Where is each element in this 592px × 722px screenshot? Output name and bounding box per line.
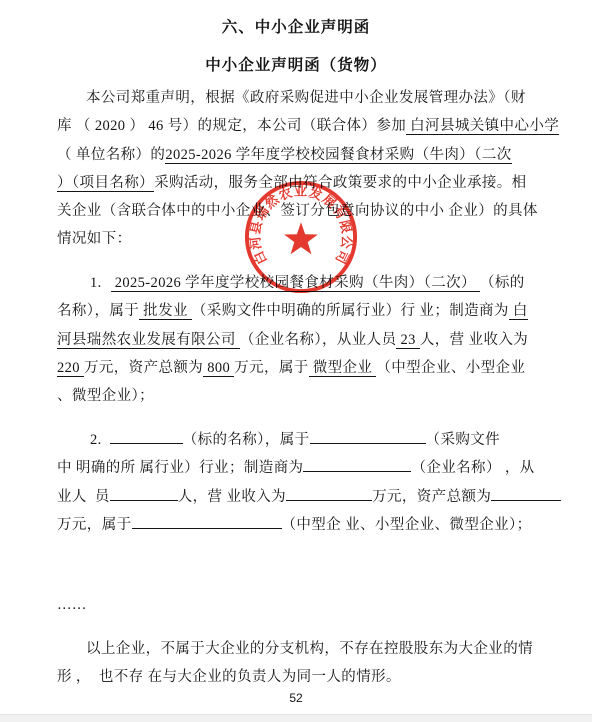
doc-text: 形 ， 也不存 在与大企业的负责人为同一人的情形。 — [57, 669, 401, 685]
blank-underline-field — [132, 513, 282, 529]
underlined-value: 2025-2026 学年度学校校园餐食材采购（牛肉）（二次 — [165, 147, 511, 164]
doc-text: 中 明确的所 属行业）行业；制造商为 — [57, 460, 303, 476]
doc-line: …… — [57, 591, 537, 619]
document-page: 六、中小企业声明函 中小企业声明函（货物） 本公司郑重声明，根据《政府采购促进中… — [0, 0, 592, 722]
indent-spacer — [57, 652, 86, 653]
doc-text: 本公司郑重声明，根据《政府采购促进中小企业发展管理办法》（财 — [86, 90, 526, 106]
blank-underline-field — [286, 484, 372, 500]
doc-line: 2.（标的名称），属于（采购文件 — [57, 426, 537, 454]
indent-spacer — [57, 443, 90, 444]
underlined-value: 批发业 — [139, 303, 192, 320]
doc-text: （ 单位名称）的 — [57, 147, 165, 163]
doc-text: 采购活动，服务全部由符合政策要求的中小企业承接。相 — [154, 175, 527, 191]
doc-text: 业人 员 — [57, 489, 110, 505]
document-subheading: 中小企业声明函（货物） — [0, 53, 592, 75]
doc-text: 情况如下： — [57, 231, 132, 247]
underlined-value: 白河县城关镇中心小学 — [406, 118, 559, 135]
doc-text: 、微型企业）； — [57, 388, 154, 404]
doc-line: 形 ， 也不存 在与大企业的负责人为同一人的情形。 — [57, 663, 537, 691]
indent-spacer — [102, 286, 111, 287]
doc-text: 万元，属于 — [57, 517, 132, 533]
blank-underline-field — [310, 428, 426, 444]
doc-text: （企业名称） ，从 — [411, 460, 534, 476]
paragraph-intro: 本公司郑重声明，根据《政府采购促进中小企业发展管理办法》（财库 （ 2020 ）… — [57, 84, 537, 254]
doc-text: 名称），属于 — [57, 303, 139, 319]
doc-line: 库 （ 2020 ） 46 号）的规定，本公司（联合体）参加 白河县城关镇中心小… — [57, 112, 537, 140]
indent-spacer — [102, 443, 110, 444]
doc-line: 、微型企业）； — [57, 382, 537, 410]
indent-spacer — [57, 286, 90, 287]
doc-text: （中型企 业、小型企业、微型企业）； — [282, 517, 532, 533]
doc-line: 关企业（含联合体中的中小企业、签订分包意向协议的中小 企业）的具体 — [57, 197, 537, 225]
underlined-value: 微型企业 — [309, 360, 377, 377]
doc-text: （标的 — [480, 275, 525, 291]
page-number: 52 — [0, 691, 592, 705]
doc-text: 关企业（含联合体中的中小企业、签订分包意向协议的中小 企业）的具体 — [57, 203, 538, 219]
blank-underline-field — [110, 428, 183, 444]
underlined-value: 白 — [509, 303, 528, 320]
doc-text: 以上企业，不属于大企业的分支机构，不存在控股股东为大企业的情 — [86, 641, 533, 657]
doc-text: …… — [57, 597, 87, 613]
paragraph-item-2: 2.（标的名称），属于（采购文件中 明确的所 属行业）行业；制造商为（企业名称）… — [57, 426, 537, 539]
doc-text: （采购文件中明确的所属行业）行 业；制造商为 — [192, 303, 509, 319]
doc-text: （采购文件 — [426, 432, 501, 448]
doc-text: 人，营 业收入为 — [178, 489, 286, 505]
doc-line: 情况如下： — [57, 225, 537, 253]
blank-underline-field — [110, 484, 178, 500]
blank-underline-field — [303, 456, 411, 472]
doc-text: （标的名称），属于 — [183, 432, 310, 448]
indent-spacer — [57, 101, 86, 102]
underlined-value: 河县瑞然农业发展有限公司 — [57, 332, 240, 349]
underlined-value: 220 — [57, 360, 84, 377]
doc-text: 1. — [90, 275, 102, 291]
doc-text: 万元，资产总额为 — [372, 489, 491, 505]
document-heading: 六、中小企业声明函 — [0, 15, 592, 37]
doc-text: （企业名称），从业人员 — [240, 332, 397, 348]
underlined-value: 23 — [396, 332, 419, 349]
page-bottom-edge — [0, 714, 592, 722]
doc-line: 本公司郑重声明，根据《政府采购促进中小企业发展管理办法》（财 — [57, 84, 537, 112]
doc-line: 中 明确的所 属行业）行业；制造商为（企业名称） ，从 — [57, 454, 537, 482]
blank-underline-field — [491, 484, 561, 500]
doc-line: 河县瑞然农业发展有限公司 （企业名称），从业人员 23 人，营 业收入为 — [57, 326, 537, 354]
doc-line: 以上企业，不属于大企业的分支机构，不存在控股股东为大企业的情 — [57, 635, 537, 663]
doc-text: 库 （ 2020 ） 46 号）的规定，本公司（联合体）参加 — [57, 118, 406, 134]
paragraph-item-1: 1. 2025-2026 学年度学校校园餐食材采购（牛肉）（二次） （标的名称）… — [57, 269, 537, 410]
doc-line: 名称），属于 批发业 （采购文件中明确的所属行业）行 业；制造商为 白 — [57, 297, 537, 325]
doc-text: （中型企业、小型企业 — [376, 360, 525, 376]
doc-line: （ 单位名称）的2025-2026 学年度学校校园餐食材采购（牛肉）（二次 — [57, 141, 537, 169]
doc-text: 万元，属于 — [234, 360, 309, 376]
paragraph-closing: 以上企业，不属于大企业的分支机构，不存在控股股东为大企业的情形 ， 也不存 在与… — [57, 635, 537, 692]
underlined-value: 2025-2026 学年度学校校园餐食材采购（牛肉）（二次） — [111, 275, 480, 292]
doc-text: 2. — [90, 432, 102, 448]
doc-line: 业人 员人，营 业收入为万元，资产总额为 — [57, 483, 537, 511]
paragraph-ellipsis: …… — [57, 591, 537, 619]
underlined-value: 800 — [203, 360, 234, 377]
doc-text: 人，营 业收入为 — [420, 332, 528, 348]
doc-line: 万元，属于（中型企 业、小型企业、微型企业）； — [57, 511, 537, 539]
underlined-value: ）（项目名称） — [57, 175, 154, 192]
doc-line: ）（项目名称）采购活动，服务全部由符合政策要求的中小企业承接。相 — [57, 169, 537, 197]
doc-text: 万元，资产总额为 — [84, 360, 203, 376]
doc-line: 220 万元，资产总额为 800 万元，属于 微型企业 （中型企业、小型企业 — [57, 354, 537, 382]
doc-line: 1. 2025-2026 学年度学校校园餐食材采购（牛肉）（二次） （标的 — [57, 269, 537, 297]
